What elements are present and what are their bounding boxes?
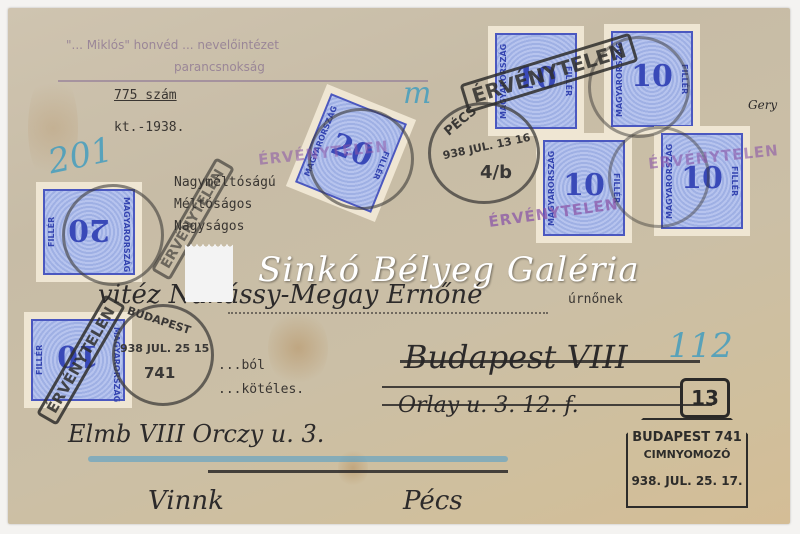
blue-pencil-mark: m — [403, 76, 431, 111]
postmark-ring — [608, 126, 710, 228]
handwritten-city: Budapest VIII — [404, 338, 628, 376]
strikethrough — [382, 386, 682, 388]
strikethrough — [400, 360, 700, 363]
postmark-date: 938 JUL. 25 15 — [120, 342, 209, 355]
postmark-code: 741 — [144, 364, 175, 382]
blue-pencil-note: 112 — [668, 326, 733, 366]
stamp-unit: FILLÉR — [47, 197, 59, 267]
letterhead-line-2: parancsnokság — [174, 60, 265, 74]
letterhead-line-1: "... Miklós" honvéd ... nevelőintézet — [66, 38, 279, 52]
signature: Gery — [748, 98, 777, 112]
octagon-line-1: BUDAPEST 741 — [628, 430, 746, 445]
letterhead-rule — [58, 80, 428, 82]
addressee-title: úrnőnek — [568, 292, 623, 307]
handwritten-bottom-left: Vinnk — [148, 486, 224, 516]
blue-pencil-strike — [88, 456, 508, 462]
envelope: "... Miklós" honvéd ... nevelőintézet pa… — [8, 8, 790, 524]
strikethrough — [382, 404, 712, 406]
watermark: Sinkó Bélyeg Galéria — [258, 250, 640, 290]
age-stain — [338, 448, 368, 488]
address-dotted-line — [228, 312, 548, 314]
address-tracing-cancel: BUDAPEST 741 CIMNYOMOZÓ 938. JUL. 25. 17… — [626, 418, 748, 508]
strikethrough — [208, 470, 508, 473]
reference-number: 775 szám — [114, 88, 177, 103]
age-stain — [268, 308, 328, 388]
postmark-code: 4/b — [480, 162, 512, 183]
stamp-unit: FILLÉR — [35, 327, 47, 393]
watermark-stamp-icon — [185, 244, 233, 302]
octagon-line-3: 938. JUL. 25. 17. — [628, 474, 746, 488]
octagon-line-2: CIMNYOMOZÓ — [628, 448, 746, 461]
footer-line-2: ...kötéles. — [218, 382, 304, 397]
footer-line-1: ...ból — [218, 358, 265, 373]
handwritten-forward-address: Elmb VIII Orczy u. 3. — [68, 420, 324, 448]
handwritten-bottom-right: Pécs — [403, 486, 463, 516]
postmark-ring — [62, 184, 164, 286]
district-box: 13 — [680, 378, 730, 418]
reference-year: kt.-1938. — [114, 120, 184, 135]
